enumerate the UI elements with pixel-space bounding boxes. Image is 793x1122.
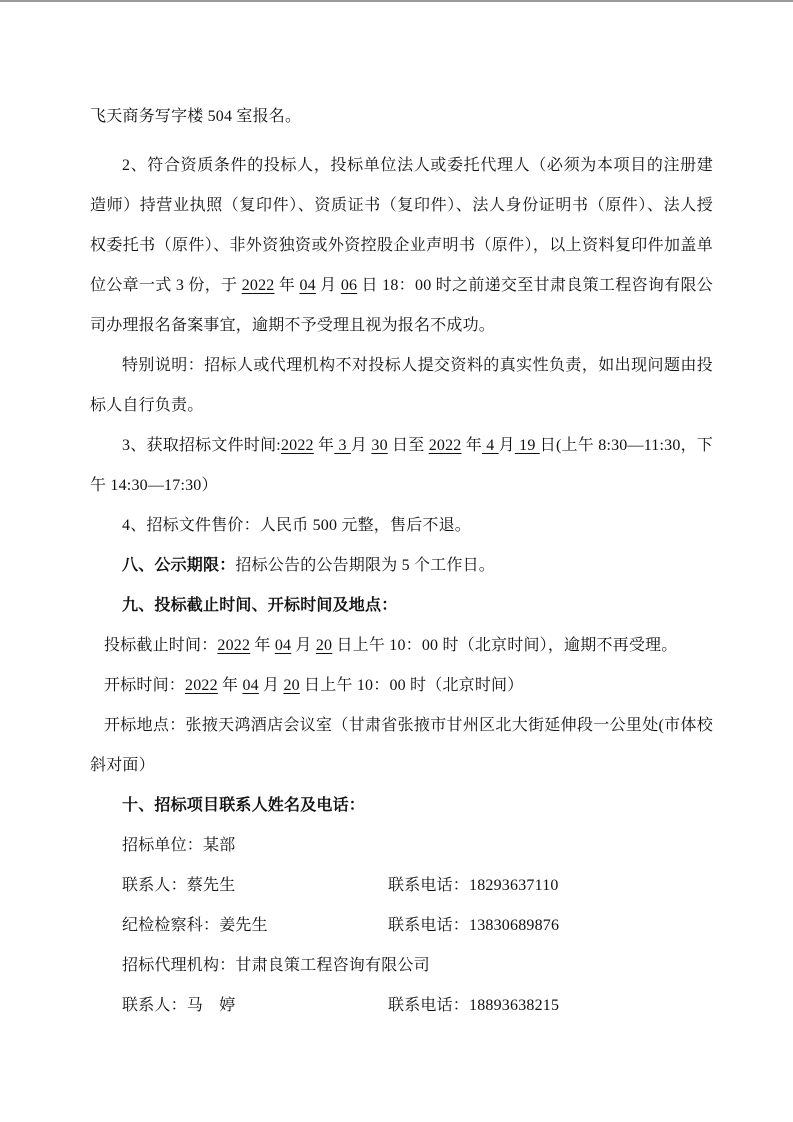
para-bid-opening-place: 开标地点：张掖天鸿酒店会议室（甘肃省张掖市甘州区北大街延伸段一公里处(市体校斜对… (90, 706, 713, 786)
text-run: 投标截止时间： (104, 637, 217, 654)
text-run: 3、获取招标文件时间: (122, 437, 281, 454)
para-bid-deadline: 投标截止时间：2022 年 04 月 20 日上午 10：00 时（北京时间），… (90, 626, 713, 666)
document-page: 飞天商务写字楼 504 室报名。2、符合资质条件的投标人，投标单位法人或委托代理… (0, 0, 793, 1122)
text-run: 纪检检察科：姜先生 (122, 917, 268, 934)
underlined-text-run: 2022 (217, 637, 250, 654)
para-item4-document-price: 4、招标文件售价：人民币 500 元整，售后不退。 (90, 506, 713, 546)
bold-text-run: 十、招标项目联系人姓名及电话： (122, 797, 365, 814)
contact-phone-cell: 联系电话：18293637110 (388, 866, 559, 906)
underlined-text-run: 2022 (185, 677, 218, 694)
underlined-text-run: 04 (299, 277, 315, 294)
text-run: 招标公告的公告期限为 5 个工作日。 (235, 557, 495, 574)
contact-row-tenderer: 联系人：蔡先生联系电话：18293637110 (90, 866, 713, 906)
contact-name-cell: 联系人：马 婷 (122, 986, 388, 1026)
text-run: 招标代理机构：甘肃良策工程咨询有限公司 (122, 957, 430, 974)
text-run: 日至 (388, 437, 429, 454)
para-tender-unit: 招标单位：某部 (90, 826, 713, 866)
underlined-text-run: 20 (283, 677, 299, 694)
text-run: 月 (351, 437, 371, 454)
contact-name-cell: 联系人：蔡先生 (122, 866, 388, 906)
text-run: 年 (314, 437, 334, 454)
para-item3-document-time: 3、获取招标文件时间:2022 年 3 月 30 日至 2022 年 4 月 1… (90, 426, 713, 506)
text-run: 联系人：蔡先生 (122, 877, 235, 894)
underlined-text-run: 2022 (281, 437, 314, 454)
text-run: 月 (499, 437, 515, 454)
para-section9-heading: 九、投标截止时间、开标时间及地点： (90, 586, 713, 626)
contact-phone-cell: 联系电话：18893638215 (388, 986, 559, 1026)
text-run: 日上午 10：00 时（北京时间） (300, 677, 524, 694)
text-run: 日上午 10：00 时（北京时间），逾期不再受理。 (332, 637, 677, 654)
text-run: 特别说明：招标人或代理机构不对投标人提交资料的真实性负责，如出现问题由投标人自行… (90, 357, 713, 414)
text-run: 联系电话：18893638215 (388, 997, 559, 1014)
text-run: 月 (259, 677, 284, 694)
underlined-text-run: 30 (371, 437, 387, 454)
contact-row-agency: 联系人：马 婷联系电话：18893638215 (90, 986, 713, 1026)
underlined-text-run: 19 (515, 437, 540, 454)
para-agency: 招标代理机构：甘肃良策工程咨询有限公司 (90, 946, 713, 986)
underlined-text-run: 04 (242, 677, 258, 694)
contact-phone-cell: 联系电话：13830689876 (388, 906, 559, 946)
underlined-text-run: 04 (275, 637, 291, 654)
underlined-text-run: 2022 (429, 437, 462, 454)
text-run: 年 (462, 437, 482, 454)
underlined-text-run: 4 (482, 437, 499, 454)
para-item2-qualification: 2、符合资质条件的投标人，投标单位法人或委托代理人（必须为本项目的注册建造师）持… (90, 146, 713, 346)
para-special-note: 特别说明：招标人或代理机构不对投标人提交资料的真实性负责，如出现问题由投标人自行… (90, 346, 713, 426)
text-run: 开标地点：张掖天鸿酒店会议室（甘肃省张掖市甘州区北大街延伸段一公里处(市体校斜对… (90, 717, 713, 774)
underlined-text-run: 06 (341, 277, 357, 294)
para-bid-opening-time: 开标时间：2022 年 04 月 20 日上午 10：00 时（北京时间） (90, 666, 713, 706)
para-registration-address-tail: 飞天商务写字楼 504 室报名。 (90, 97, 713, 137)
bold-text-run: 九、投标截止时间、开标时间及地点： (122, 597, 397, 614)
text-run: 招标单位：某部 (122, 837, 235, 854)
text-run: 月 (316, 277, 341, 294)
bold-text-run: 八、公示期限： (122, 557, 235, 574)
text-run: 开标时间： (104, 677, 185, 694)
text-run: 年 (218, 677, 243, 694)
text-run: 年 (250, 637, 275, 654)
para-section10-heading: 十、招标项目联系人姓名及电话： (90, 786, 713, 826)
text-run: 飞天商务写字楼 504 室报名。 (90, 108, 301, 125)
text-run: 2、符合资质条件的投标人，投标单位法人或委托代理人（必须为本项目的注册建造师）持… (90, 157, 713, 294)
text-run: 年 (275, 277, 300, 294)
underlined-text-run: 20 (316, 637, 332, 654)
contact-name-cell: 纪检检察科：姜先生 (122, 906, 388, 946)
text-run: 联系电话：13830689876 (388, 917, 559, 934)
text-run: 4、招标文件售价：人民币 500 元整，售后不退。 (122, 517, 471, 534)
text-run: 联系电话：18293637110 (388, 877, 559, 894)
contact-row-discipline-inspection: 纪检检察科：姜先生联系电话：13830689876 (90, 906, 713, 946)
underlined-text-run: 3 (334, 437, 351, 454)
underlined-text-run: 2022 (242, 277, 275, 294)
document-body: 飞天商务写字楼 504 室报名。2、符合资质条件的投标人，投标单位法人或委托代理… (90, 97, 713, 1026)
text-run: 月 (291, 637, 316, 654)
text-run: 联系人：马 婷 (122, 997, 235, 1014)
para-section8-publicity-period: 八、公示期限：招标公告的公告期限为 5 个工作日。 (90, 546, 713, 586)
